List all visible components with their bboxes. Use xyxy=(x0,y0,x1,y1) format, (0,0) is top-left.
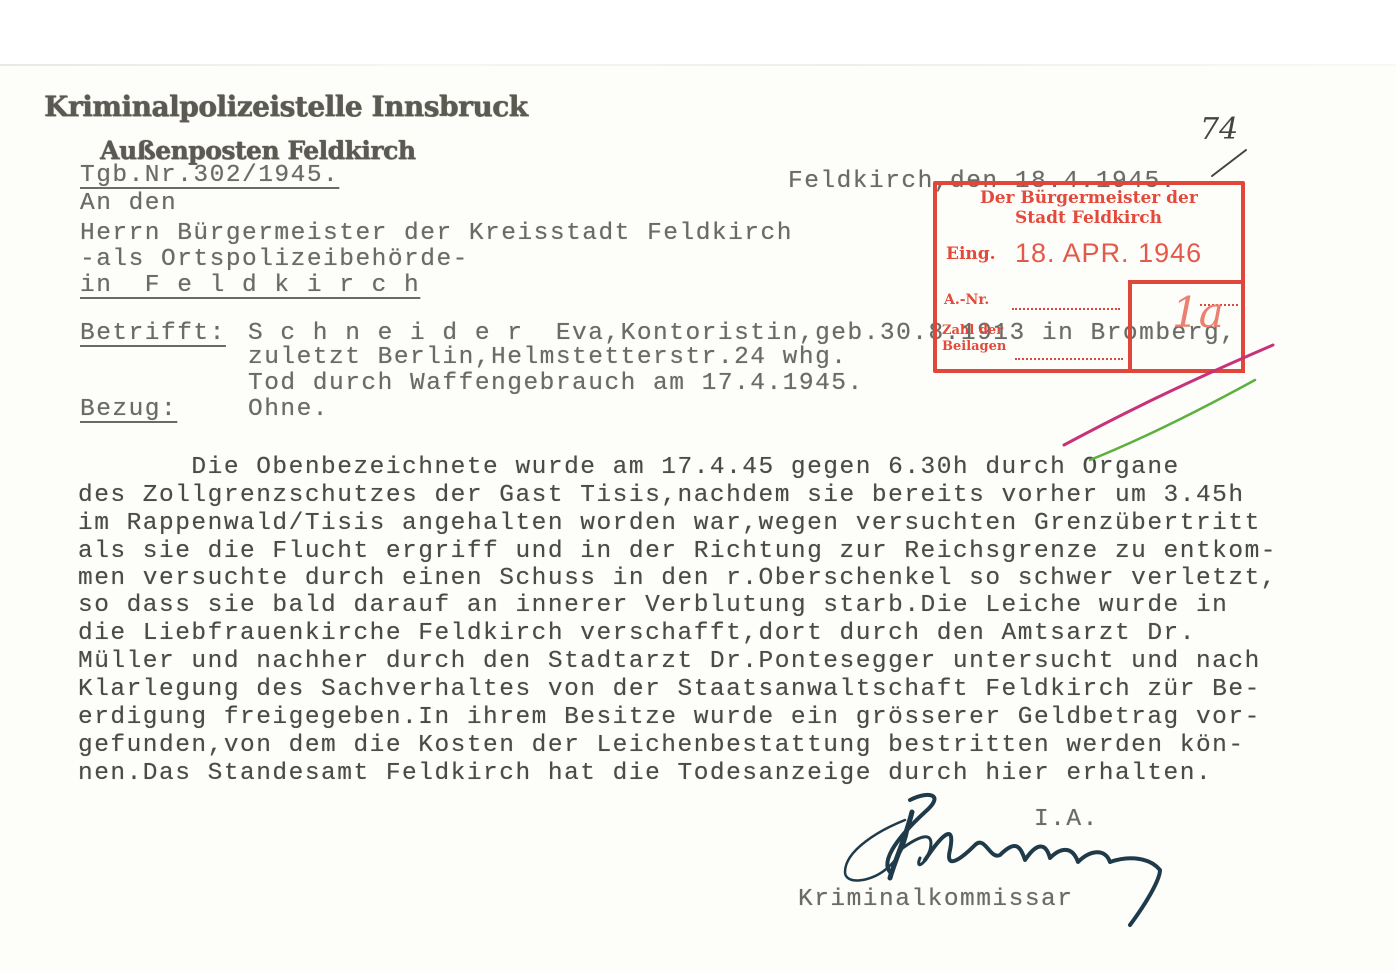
annotation-strokes xyxy=(0,0,1396,971)
folio-slash-stroke xyxy=(1212,150,1246,176)
magenta-pencil-stroke xyxy=(1064,345,1273,445)
